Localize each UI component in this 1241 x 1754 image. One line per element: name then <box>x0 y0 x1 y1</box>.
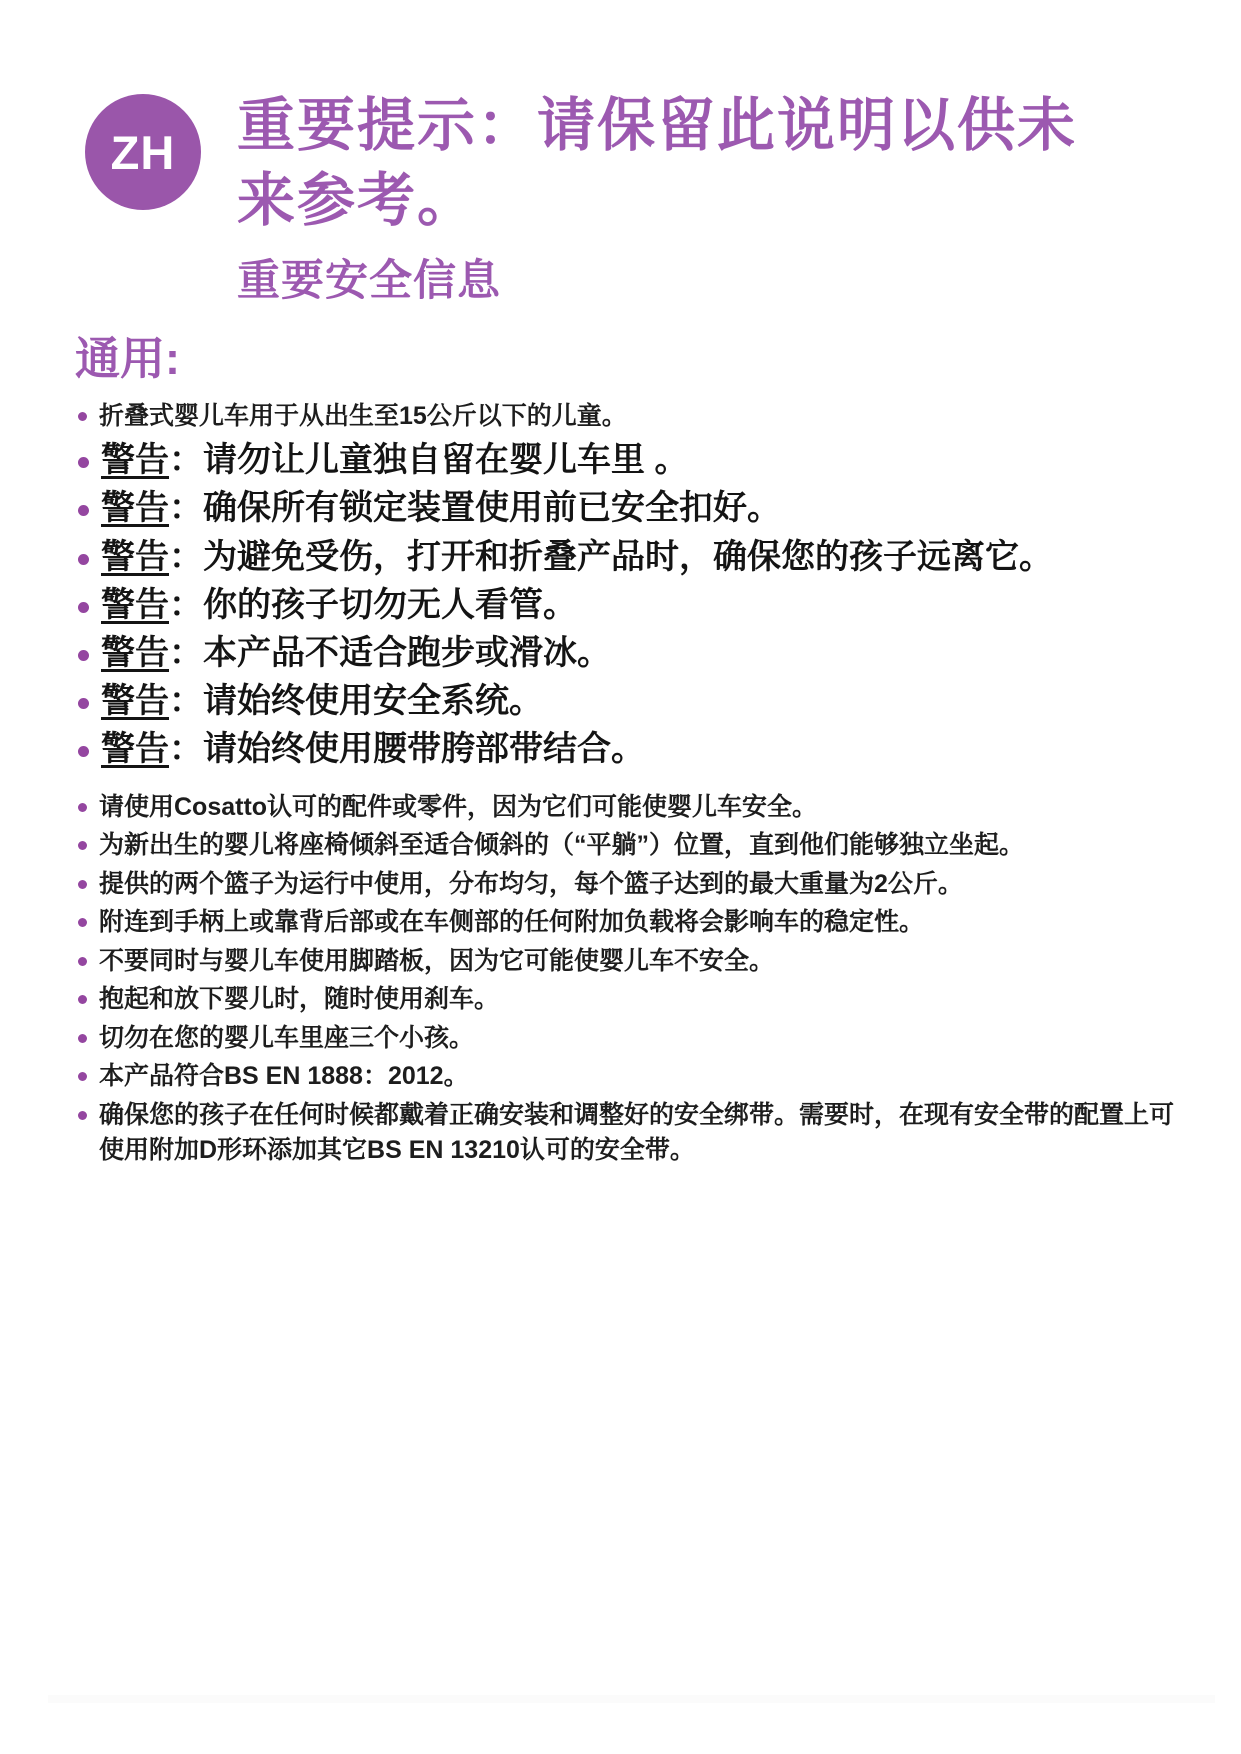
list-item: 不要同时与婴儿车使用脚踏板，因为它可能使婴儿车不安全。 <box>78 944 1193 980</box>
bullet-text: 确保您的孩子在任何时候都戴着正确安装和调整好的安全绑带。需要时，在现有安全带的配… <box>99 1098 1193 1169</box>
warning-label: 警告 <box>101 489 169 527</box>
list-item: 抱起和放下婴儿时，随时使用刹车。 <box>78 982 1193 1018</box>
warning-text: ：为避免受伤，打开和折叠产品时，确保您的孩子远离它。 <box>169 538 1053 576</box>
bullet-text: 警告：你的孩子切勿无人看管。 <box>101 583 577 627</box>
page-subtitle: 重要安全信息 <box>237 247 1127 308</box>
bullet-dot-icon <box>78 505 89 516</box>
bullet-text: 折叠式婴儿车用于从出生至15公斤以下的儿童。 <box>99 399 627 435</box>
bullet-list: 折叠式婴儿车用于从出生至15公斤以下的儿童。 警告：请勿让儿童独自留在婴儿车里 … <box>0 399 1241 1169</box>
warning-label: 警告 <box>101 682 169 720</box>
bullet-dot-icon <box>78 602 89 613</box>
list-item-warning: 警告：确保所有锁定装置使用前已安全扣好。 <box>78 486 1193 530</box>
bullet-text: 警告：确保所有锁定装置使用前已安全扣好。 <box>101 486 781 530</box>
list-item: 提供的两个篮子为运行中使用，分布均匀，每个篮子达到的最大重量为2公斤。 <box>78 867 1193 903</box>
bullet-text: 警告：请勿让儿童独自留在婴儿车里 。 <box>101 438 688 482</box>
bullet-text: 本产品符合BS EN 1888：2012。 <box>99 1059 469 1095</box>
bullet-text: 为新出生的婴儿将座椅倾斜至适合倾斜的（“平躺”）位置，直到他们能够独立坐起。 <box>99 828 1024 864</box>
bullet-text: 警告：请始终使用安全系统。 <box>101 679 543 723</box>
bullet-dot-icon <box>78 841 87 850</box>
language-badge-label: ZH <box>111 125 176 180</box>
warning-label: 警告 <box>101 634 169 672</box>
manual-page: ZH 重要提示：请保留此说明以供未来参考。 重要安全信息 通用: 折叠式婴儿车用… <box>0 0 1241 1754</box>
list-item: 附连到手柄上或靠背后部或在车侧部的任何附加负载将会影响车的稳定性。 <box>78 905 1193 941</box>
list-item: 为新出生的婴儿将座椅倾斜至适合倾斜的（“平躺”）位置，直到他们能够独立坐起。 <box>78 828 1193 864</box>
bullet-dot-icon <box>78 698 89 709</box>
bullet-dot-icon <box>78 957 87 966</box>
bullet-dot-icon <box>78 554 89 565</box>
section-heading: 通用: <box>75 322 1241 387</box>
warning-label: 警告 <box>101 441 169 479</box>
language-badge: ZH <box>85 94 201 210</box>
page-header: ZH 重要提示：请保留此说明以供未来参考。 重要安全信息 <box>85 88 1241 308</box>
list-item-warning: 警告：请始终使用腰带胯部带结合。 <box>78 727 1193 771</box>
bullet-text: 请使用Cosatto认可的配件或零件，因为它们可能使婴儿车安全。 <box>99 790 817 826</box>
list-item-warning: 警告：本产品不适合跑步或滑冰。 <box>78 631 1193 675</box>
bullet-dot-icon <box>78 650 89 661</box>
list-item-warning: 警告：请始终使用安全系统。 <box>78 679 1193 723</box>
warning-label: 警告 <box>101 586 169 624</box>
bullet-dot-icon <box>78 412 87 421</box>
bullet-dot-icon <box>78 1111 87 1120</box>
bullet-text: 切勿在您的婴儿车里座三个小孩。 <box>99 1021 474 1057</box>
bullet-text: 警告：为避免受伤，打开和折叠产品时，确保您的孩子远离它。 <box>101 535 1053 579</box>
bullet-dot-icon <box>78 803 87 812</box>
bullet-text: 附连到手柄上或靠背后部或在车侧部的任何附加负载将会影响车的稳定性。 <box>99 905 924 941</box>
bullet-text: 不要同时与婴儿车使用脚踏板，因为它可能使婴儿车不安全。 <box>99 944 774 980</box>
warning-text: ：确保所有锁定装置使用前已安全扣好。 <box>169 489 781 527</box>
list-item: 本产品符合BS EN 1888：2012。 <box>78 1059 1193 1095</box>
list-item-warning: 警告：为避免受伤，打开和折叠产品时，确保您的孩子远离它。 <box>78 535 1193 579</box>
list-item: 切勿在您的婴儿车里座三个小孩。 <box>78 1021 1193 1057</box>
bullet-dot-icon <box>78 918 87 927</box>
list-item-warning: 警告：你的孩子切勿无人看管。 <box>78 583 1193 627</box>
warning-text: ：请始终使用安全系统。 <box>169 682 543 720</box>
list-item-warning: 警告：请勿让儿童独自留在婴儿车里 。 <box>78 438 1193 482</box>
bullet-dot-icon <box>78 880 87 889</box>
bullet-dot-icon <box>78 457 89 468</box>
warning-text: ：请始终使用腰带胯部带结合。 <box>169 730 645 768</box>
warning-label: 警告 <box>101 538 169 576</box>
bullet-text: 抱起和放下婴儿时，随时使用刹车。 <box>99 982 499 1018</box>
warning-label: 警告 <box>101 730 169 768</box>
page-title: 重要提示：请保留此说明以供未来参考。 <box>237 88 1127 239</box>
bullet-dot-icon <box>78 1034 87 1043</box>
bullet-dot-icon <box>78 1072 87 1081</box>
warning-text: ：你的孩子切勿无人看管。 <box>169 586 577 624</box>
bullet-text: 警告：本产品不适合跑步或滑冰。 <box>101 631 611 675</box>
bullet-dot-icon <box>78 995 87 1004</box>
list-item: 折叠式婴儿车用于从出生至15公斤以下的儿童。 <box>78 399 1193 435</box>
list-item: 确保您的孩子在任何时候都戴着正确安装和调整好的安全绑带。需要时，在现有安全带的配… <box>78 1098 1193 1169</box>
bullet-text: 提供的两个篮子为运行中使用，分布均匀，每个篮子达到的最大重量为2公斤。 <box>99 867 963 903</box>
header-text: 重要提示：请保留此说明以供未来参考。 重要安全信息 <box>237 88 1127 308</box>
bullet-dot-icon <box>78 746 89 757</box>
divider <box>48 1695 1215 1703</box>
warning-text: ：本产品不适合跑步或滑冰。 <box>169 634 611 672</box>
bullet-text: 警告：请始终使用腰带胯部带结合。 <box>101 727 645 771</box>
list-item: 请使用Cosatto认可的配件或零件，因为它们可能使婴儿车安全。 <box>78 790 1193 826</box>
warning-text: ：请勿让儿童独自留在婴儿车里 。 <box>169 441 688 479</box>
